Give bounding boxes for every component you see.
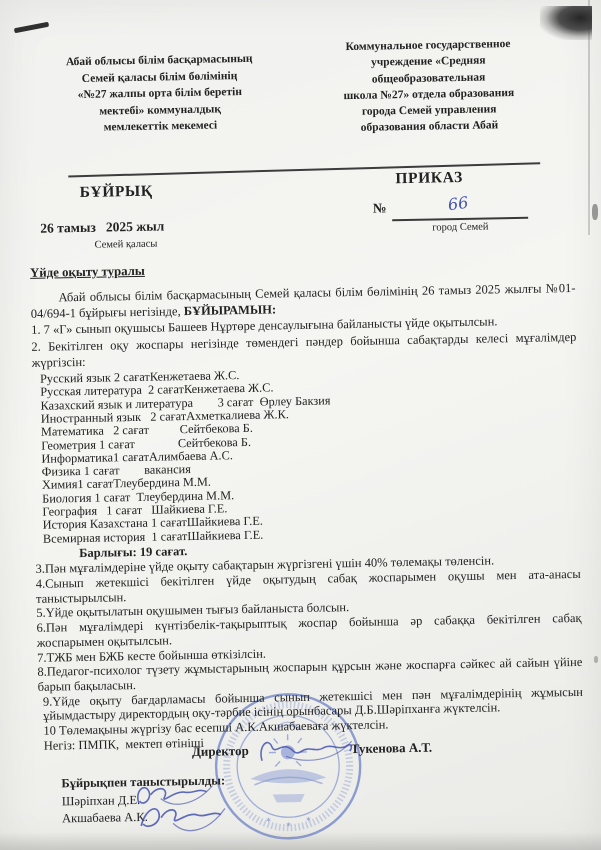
order-points-list: 3.Пән мұғалімдеріне үйде оқыту сабақтары… (35, 552, 583, 738)
order-title-kazakh: БҰЙРЫҚ (79, 183, 152, 202)
scan-edge-mark (592, 204, 598, 220)
scanned-order-document: Абай облысы білім басқармасының Семей қа… (0, 0, 601, 850)
scan-edge-mark (594, 656, 598, 663)
scan-page-edge-line (588, 0, 590, 235)
document-content: Абай облысы білім басқармасының Семей қа… (0, 0, 601, 850)
org-right-line: образования области Абай (314, 117, 544, 138)
director-signature-ink (256, 733, 357, 769)
scan-bottom-shadow (0, 832, 601, 850)
order-body: Үйде оқыту туралы Абай облысы білім басқ… (30, 256, 584, 754)
order-number-label: № (373, 200, 387, 216)
scan-corner-smudge (540, 6, 592, 40)
header-divider-line (68, 162, 540, 177)
svg-text:✶: ✶ (285, 820, 292, 829)
order-number-underline (392, 217, 528, 221)
order-number-handwritten: 66 (447, 193, 470, 215)
order-title-russian: ПРИКАЗ (395, 169, 463, 188)
order-subject-heading: Үйде оқыту туралы (30, 256, 575, 281)
organization-name-russian: Коммунальное государственное учреждение … (313, 35, 545, 137)
order-place-kazakh: Семей қаласы (94, 239, 157, 251)
org-left-line: мемлекеттік мекемесі (42, 116, 278, 137)
svg-text:✶: ✶ (305, 815, 312, 824)
organization-name-kazakh: Абай облысы білім басқармасының Семей қа… (41, 50, 278, 137)
svg-text:✶: ✶ (265, 816, 272, 825)
director-label: Директор (192, 743, 249, 760)
order-place-russian: город Семей (432, 222, 488, 234)
intro-resolution-word: БҰЙЫРАМЫН: (184, 303, 277, 319)
subject-hours-list: Русский язык 2 сағатКенжетаева Ж.С. Русс… (40, 363, 580, 546)
director-name: Тукенова А.Т. (351, 740, 432, 757)
order-date: 26 тамыз 2025 жыл (40, 218, 164, 236)
